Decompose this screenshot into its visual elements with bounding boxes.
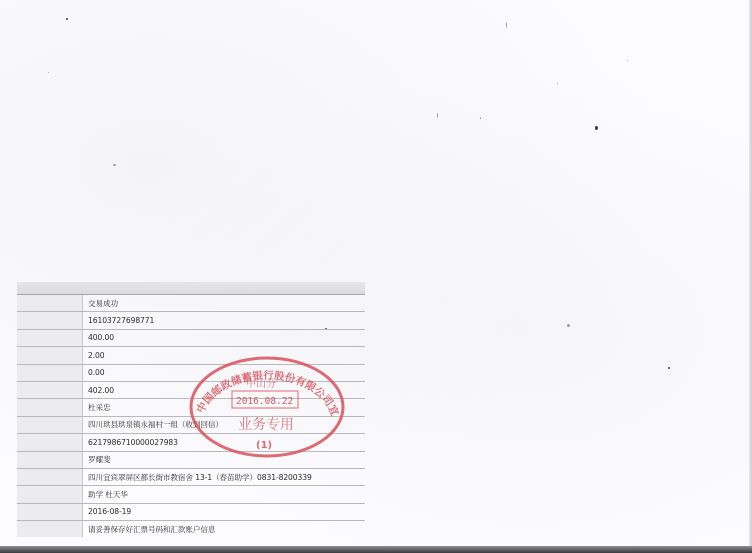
scan-speck bbox=[66, 18, 68, 20]
payee-name: 杜采忠 bbox=[83, 402, 110, 413]
remitter-name: 罗耀斐 bbox=[83, 454, 110, 465]
table-row: 2.00 bbox=[17, 347, 365, 364]
table-row: 助学 杜天华 bbox=[17, 486, 365, 503]
row-label bbox=[17, 486, 83, 502]
scan-speck bbox=[567, 324, 570, 327]
notice-text: 请妥善保存好汇票号码和汇款账户信息 bbox=[83, 524, 215, 535]
scan-speck bbox=[668, 367, 670, 369]
total-amount: 402.00 bbox=[83, 386, 114, 395]
scan-speck bbox=[557, 83, 558, 84]
remark: 助学 杜天华 bbox=[83, 489, 128, 500]
table-row: 6217986710000027983 bbox=[17, 434, 365, 451]
receipt-table: 交易成功 16103727698771 400.00 2.00 0.00 402… bbox=[17, 282, 365, 537]
row-label bbox=[17, 469, 83, 485]
other-fee: 0.00 bbox=[83, 368, 105, 377]
scan-speck bbox=[627, 60, 628, 61]
amount: 400.00 bbox=[83, 333, 114, 342]
table-row: 交易成功 bbox=[17, 295, 365, 312]
table-row: 请妥善保存好汇票号码和汇款账户信息 bbox=[17, 521, 365, 537]
receipt-header-bar bbox=[17, 282, 365, 295]
scan-speck bbox=[113, 164, 116, 166]
row-label bbox=[17, 295, 83, 311]
scan-speck bbox=[595, 126, 598, 130]
table-row: 罗耀斐 bbox=[17, 452, 365, 469]
remitter-address: 四川宜宾翠屏区都长街市教宿舍 13-1（春苗助学）0831-8200339 bbox=[83, 472, 312, 483]
table-row: 402.00 bbox=[17, 382, 365, 399]
transaction-date: 2016-08-19 bbox=[83, 507, 131, 516]
table-row: 2016-08-19 bbox=[17, 504, 365, 521]
table-row: 16103727698771 bbox=[17, 312, 365, 329]
transaction-status: 交易成功 bbox=[83, 298, 118, 309]
row-label bbox=[17, 347, 83, 363]
row-label bbox=[17, 434, 83, 450]
account-number: 6217986710000027983 bbox=[83, 438, 178, 447]
row-label bbox=[17, 365, 83, 381]
table-row: 400.00 bbox=[17, 330, 365, 347]
fee: 2.00 bbox=[83, 351, 105, 360]
table-row: 四川珙县珙泉镇永福村一组（收到回信） bbox=[17, 417, 365, 434]
row-label bbox=[17, 399, 83, 415]
table-row: 四川宜宾翠屏区都长街市教宿舍 13-1（春苗助学）0831-8200339 bbox=[17, 469, 365, 486]
row-label bbox=[17, 382, 83, 398]
table-row: 杜采忠 bbox=[17, 399, 365, 416]
row-label bbox=[17, 521, 83, 537]
scan-speck bbox=[48, 72, 49, 73]
row-label bbox=[17, 452, 83, 468]
scan-speck bbox=[437, 113, 438, 118]
table-row: 0.00 bbox=[17, 365, 365, 382]
scan-speck bbox=[480, 117, 481, 119]
row-label bbox=[17, 504, 83, 520]
scan-speck bbox=[506, 22, 507, 28]
remittance-number: 16103727698771 bbox=[83, 316, 154, 325]
scan-bottom-edge bbox=[0, 546, 752, 553]
payee-address: 四川珙县珙泉镇永福村一组（收到回信） bbox=[83, 419, 223, 430]
row-label bbox=[17, 330, 83, 346]
row-label bbox=[17, 312, 83, 328]
row-label bbox=[17, 417, 83, 433]
